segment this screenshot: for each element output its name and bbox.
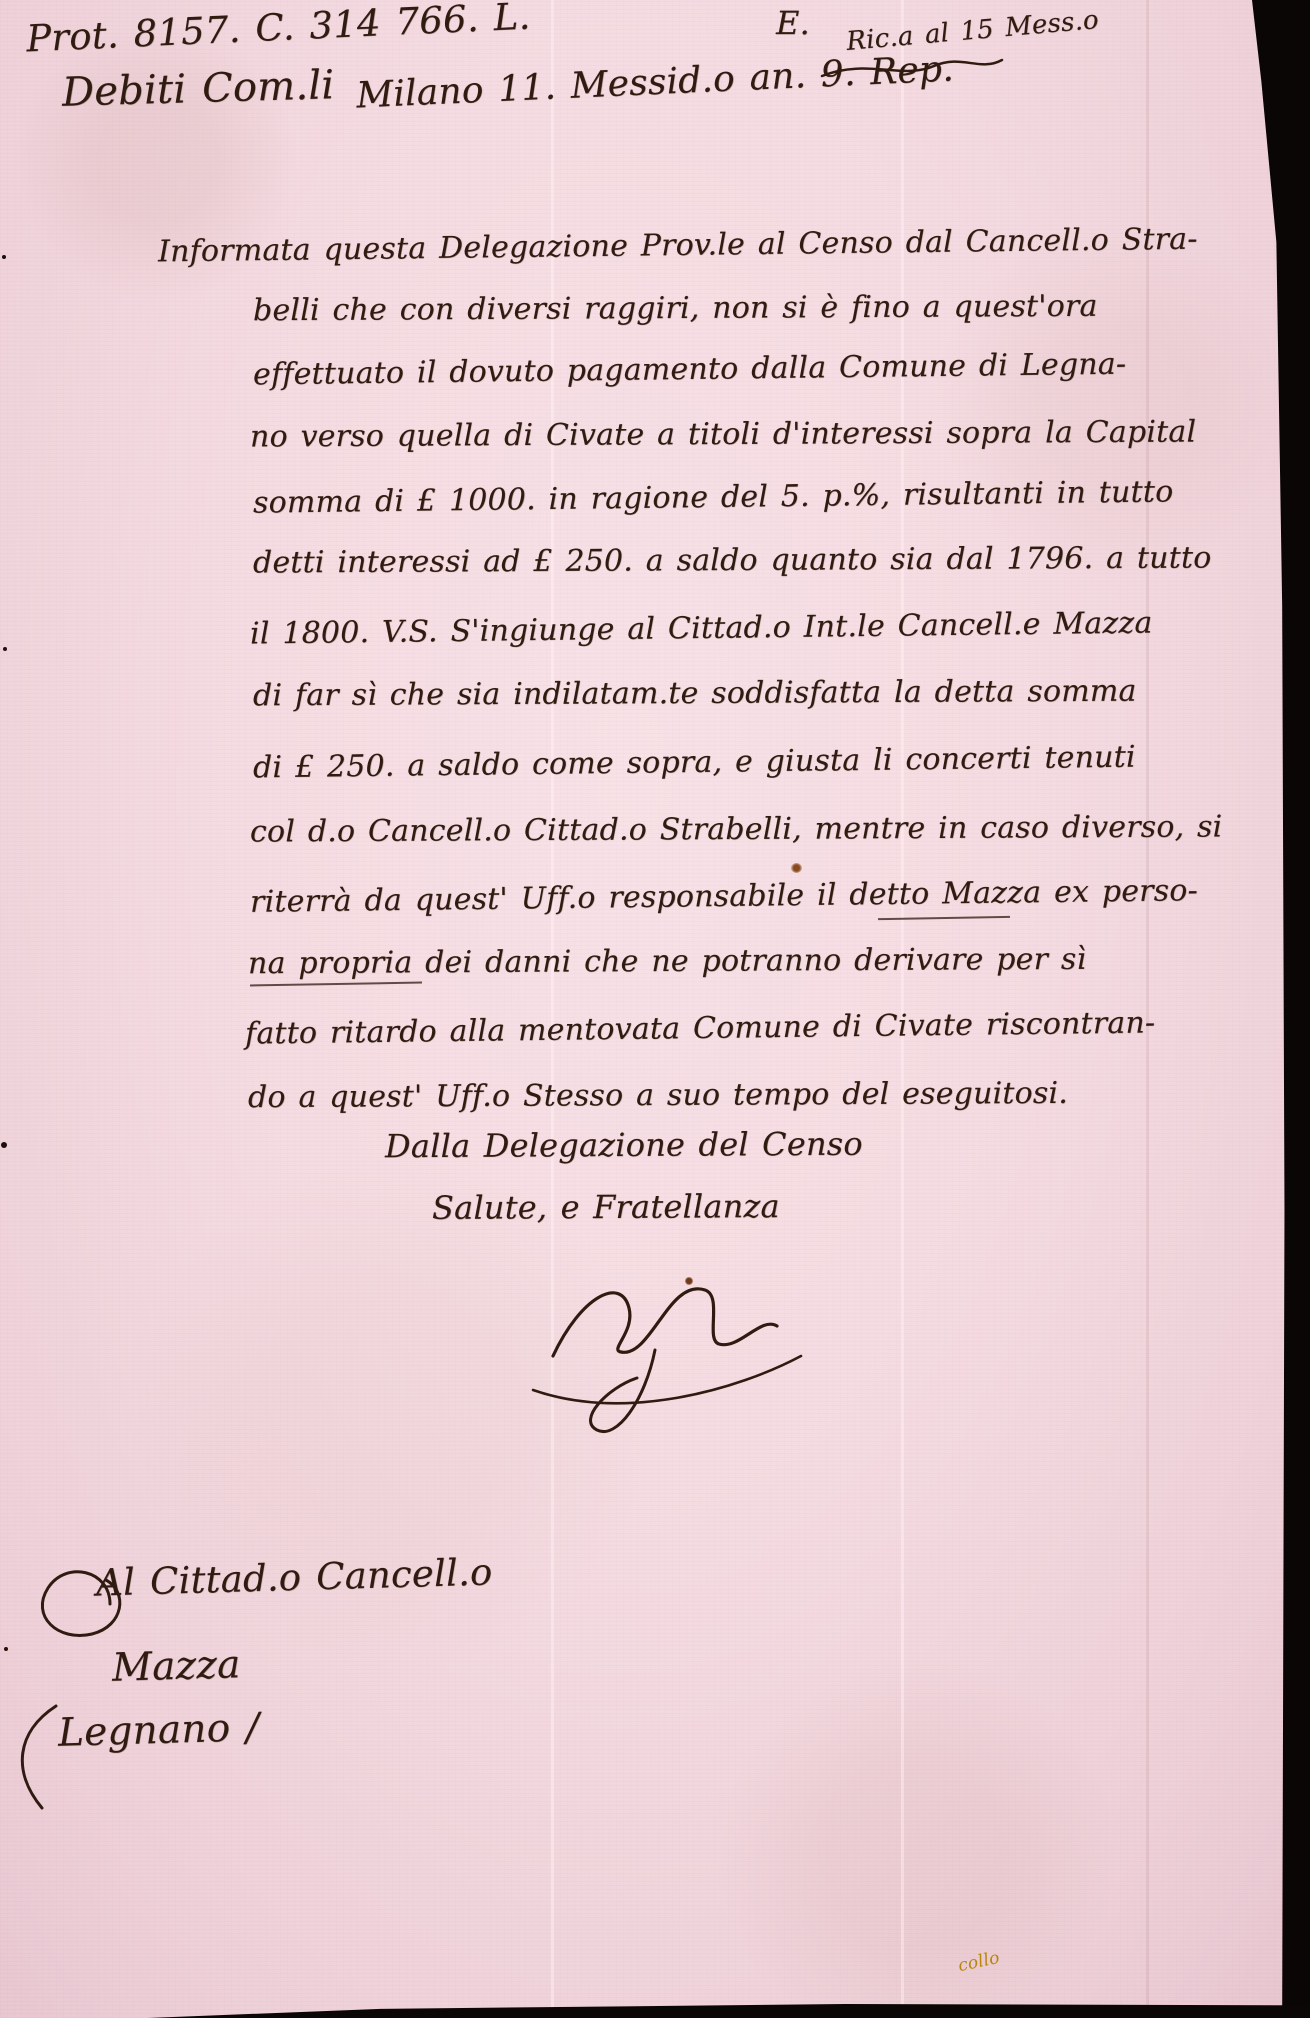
body-line: di £ 250. a saldo come sopra, e giusta l… (253, 740, 1136, 786)
closing-line: Dalla Delegazione del Censo (385, 1125, 863, 1166)
registry-underline-flourish (812, 44, 1012, 84)
body-line: riterrà da quest' Uff.o responsabile il … (250, 873, 1198, 920)
edge-specks (2, 255, 6, 259)
corner-mark: E. (776, 4, 810, 42)
body-line: fatto ritardo alla mentovata Comune di C… (245, 1005, 1156, 1051)
footer-mark: collo (956, 1948, 1001, 1976)
body-line: na propria dei danni che ne potranno der… (248, 942, 1086, 981)
document-scan: Prot. 8157. C. 314 766. L. Debiti Com.li… (0, 0, 1310, 2018)
body-line: di far sì che sia indilatam.te soddisfat… (253, 674, 1137, 714)
body-line: do a quest' Uff.o Stesso a suo tempo del… (248, 1076, 1068, 1115)
address-line: Legnano / (57, 1705, 259, 1756)
body-line: Informata questa Delegazione Prov.le al … (158, 222, 1198, 270)
body-line: belli che con diversi raggiri, non si è … (253, 289, 1098, 328)
rust-stain (791, 863, 802, 873)
body-line: col d.o Cancell.o Cittad.o Strabelli, me… (250, 809, 1223, 849)
subject-label: Debiti Com.li (61, 62, 334, 116)
body-line: detti interessi ad £ 250. a saldo quanto… (253, 540, 1212, 580)
body-line: somma di £ 1000. in ragione del 5. p.%, … (253, 474, 1174, 520)
protocol-number: Prot. 8157. C. 314 766. L. (25, 0, 531, 60)
body-line: effettuato il dovuto pagamento dalla Com… (253, 347, 1127, 393)
closing-line: Salute, e Fratellanza (432, 1187, 780, 1227)
scan-edge-right (1252, 0, 1310, 2018)
body-line: il 1800. V.S. S'ingiunge al Cittad.o Int… (250, 605, 1153, 651)
rust-stain (685, 1277, 693, 1285)
scan-edge-bottom (148, 2004, 1310, 2018)
underline-mark (878, 916, 1010, 920)
signature-flourish (505, 1238, 835, 1448)
body-line: no verso quella di Civate a titoli d'int… (250, 415, 1196, 455)
address-line: Mazza (111, 1642, 241, 1691)
underline-mark (250, 981, 422, 986)
